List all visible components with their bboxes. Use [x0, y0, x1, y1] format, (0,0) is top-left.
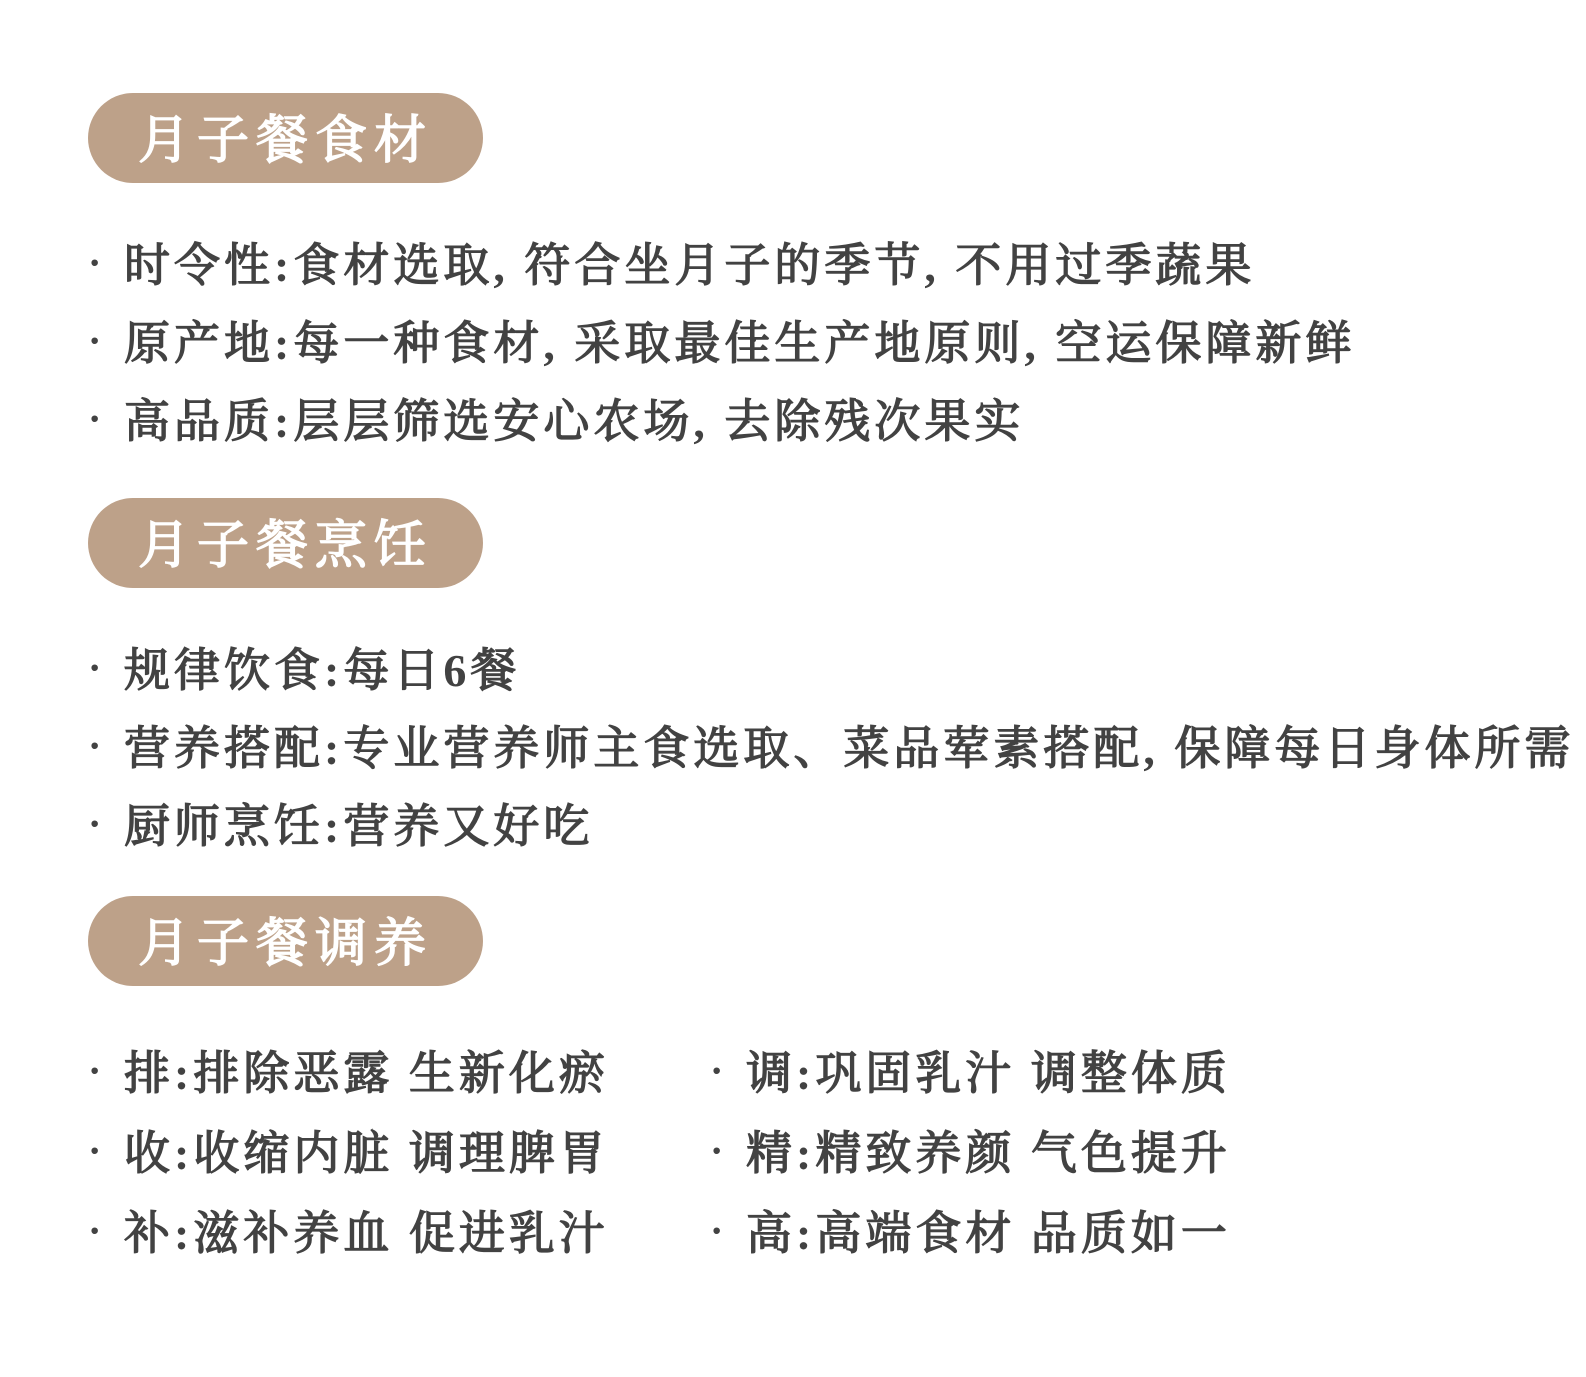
bullet-dot: · [710, 1127, 746, 1174]
postpartum-meal-infographic: 月子餐食材 · 时令性:食材选取, 符合坐月子的季节, 不用过季蔬果 · 原产地… [0, 0, 1586, 1377]
list-item: · 排:排除恶露 生新化瘀 [88, 1030, 710, 1110]
bullet-dot: · [88, 395, 124, 442]
section-title: 月子餐食材 [138, 98, 433, 173]
cooking-list: · 规律饮食:每日6餐 · 营养搭配:专业营养师主食选取、菜品荤素搭配, 保障每… [88, 628, 1526, 862]
list-item: · 时令性:食材选取, 符合坐月子的季节, 不用过季蔬果 [88, 223, 1526, 301]
list-item: · 营养搭配:专业营养师主食选取、菜品荤素搭配, 保障每日身体所需 [88, 706, 1526, 784]
list-item: · 补:滋补养血 促进乳汁 [88, 1190, 710, 1270]
ingredients-list: · 时令性:食材选取, 符合坐月子的季节, 不用过季蔬果 · 原产地:每一种食材… [88, 223, 1526, 457]
bullet-dot: · [710, 1047, 746, 1094]
list-item-text: 收:收缩内脏 调理脾胃 [124, 1117, 609, 1183]
list-item-text: 原产地:每一种食材, 采取最佳生产地原则, 空运保障新鲜 [124, 307, 1355, 373]
list-item-text: 高品质:层层筛选安心农场, 去除残次果实 [124, 385, 1024, 451]
section-title: 月子餐调养 [138, 901, 433, 976]
list-item-text: 调:巩固乳汁 调整体质 [746, 1037, 1231, 1103]
bullet-dot: · [88, 1127, 124, 1174]
list-item-text: 排:排除恶露 生新化瘀 [124, 1037, 609, 1103]
list-item: · 规律饮食:每日6餐 [88, 628, 1526, 706]
bullet-dot: · [88, 722, 124, 769]
bullet-dot: · [88, 644, 124, 691]
list-item: · 高:高端食材 品质如一 [710, 1190, 1526, 1270]
list-item-text: 高:高端食材 品质如一 [746, 1197, 1231, 1263]
list-item: · 高品质:层层筛选安心农场, 去除残次果实 [88, 379, 1526, 457]
list-item-text: 精:精致养颜 气色提升 [746, 1117, 1231, 1183]
bullet-dot: · [88, 239, 124, 286]
conditioning-left-column: · 排:排除恶露 生新化瘀 · 收:收缩内脏 调理脾胃 · 补:滋补养血 促进乳… [88, 1030, 710, 1270]
bullet-dot: · [710, 1207, 746, 1254]
bullet-dot: · [88, 1207, 124, 1254]
conditioning-right-column: · 调:巩固乳汁 调整体质 · 精:精致养颜 气色提升 · 高:高端食材 品质如… [710, 1030, 1526, 1270]
list-item: · 厨师烹饪:营养又好吃 [88, 784, 1526, 862]
list-item-text: 厨师烹饪:营养又好吃 [124, 790, 593, 856]
bullet-dot: · [88, 317, 124, 364]
list-item-text: 营养搭配:专业营养师主食选取、菜品荤素搭配, 保障每日身体所需 [124, 712, 1574, 778]
list-item: · 原产地:每一种食材, 采取最佳生产地原则, 空运保障新鲜 [88, 301, 1526, 379]
list-item-text: 规律饮食:每日6餐 [124, 634, 520, 700]
conditioning-columns: · 排:排除恶露 生新化瘀 · 收:收缩内脏 调理脾胃 · 补:滋补养血 促进乳… [88, 1030, 1526, 1270]
list-item-text: 补:滋补养血 促进乳汁 [124, 1197, 609, 1263]
section-badge-cooking: 月子餐烹饪 [88, 498, 483, 588]
list-item: · 精:精致养颜 气色提升 [710, 1110, 1526, 1190]
section-title: 月子餐烹饪 [138, 503, 433, 578]
section-badge-ingredients: 月子餐食材 [88, 93, 483, 183]
bullet-dot: · [88, 800, 124, 847]
list-item-text: 时令性:食材选取, 符合坐月子的季节, 不用过季蔬果 [124, 229, 1255, 295]
bullet-dot: · [88, 1047, 124, 1094]
list-item: · 收:收缩内脏 调理脾胃 [88, 1110, 710, 1190]
section-badge-conditioning: 月子餐调养 [88, 896, 483, 986]
list-item: · 调:巩固乳汁 调整体质 [710, 1030, 1526, 1110]
